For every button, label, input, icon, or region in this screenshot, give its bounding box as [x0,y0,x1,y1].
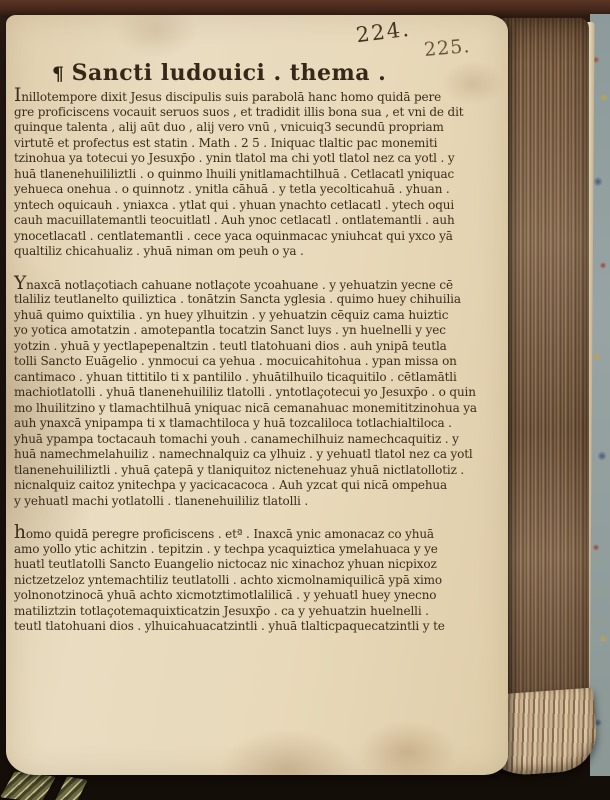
manuscript-line: huatl teutlatolli Sancto Euangelio nicto… [14,557,500,573]
manuscript-line: yo yotica amotatzin . amotepantla tocatz… [14,323,500,339]
manuscript-line: ynocetlacatl . centlatemantli . cece yac… [14,229,500,245]
manuscript-line: Ynaxcā notlaçotiach cahuane notlaçote yc… [14,277,500,293]
manuscript-line: huā tlanenehuililiztli . o quinmo lhuili… [14,167,500,183]
manuscript-text-block: Inillotempore dixit Jesus discipulis sui… [14,89,500,635]
manuscript-line: yehueca onehua . o quinnotz . ynitla cāh… [14,182,500,198]
exordium-paragraph: Ynaxcā notlaçotiach cahuane notlaçote yc… [14,277,500,510]
book-fore-edge [501,18,589,766]
binding-tie-ribbon [54,776,87,800]
manuscript-line: cantimaco . yhuan tittitilo ti x pantili… [14,370,500,386]
latin-thema-paragraph: Inillotempore dixit Jesus discipulis sui… [14,89,500,260]
manuscript-line: yotzin . yhuā y yectlapepenaltzin . teut… [14,339,500,355]
binding-tie-ribbon [0,771,56,800]
manuscript-line: mo lhuilitzino y tlamachtilhuā yniquac n… [14,401,500,417]
section-heading: ¶Sancti ludouici . thema . [52,60,386,86]
section-heading-text: Sancti ludouici . thema . [72,60,387,86]
manuscript-line: machiotlatolli . yhuā tlanenehuililiz tl… [14,385,500,401]
manuscript-line: y yehuatl machi yotlatolli . tlanenehuil… [14,494,500,510]
folio-number-225: 225. [423,35,471,61]
manuscript-line: nicnalquiz caitoz ynitechpa y yacicacaco… [14,478,500,494]
manuscript-line: tzinohua ya totecui yo Jesuxp̄o . ynin t… [14,151,500,167]
manuscript-line: matiliztzin totlaçotemaquixticatzin Jesu… [14,604,500,620]
manuscript-line: yntech oquicauh . yniaxca . ytlat qui . … [14,198,500,214]
manuscript-line: qualtiliz chicahualiz . yhuā niman om pe… [14,244,500,260]
book-photo: 224. 225. ¶Sancti ludouici . thema . Ini… [0,0,610,800]
manuscript-line: gre proficiscens vocauit seruos suos , e… [14,105,500,121]
sermon-body-paragraph: homo quidā peregre proficiscens . etª . … [14,526,500,635]
manuscript-line: amo yollo ytic achitzin . tepitzin . y t… [14,542,500,558]
manuscript-line: Inillotempore dixit Jesus discipulis sui… [14,89,500,105]
manuscript-line: homo quidā peregre proficiscens . etª . … [14,526,500,542]
manuscript-line: cauh macuillatemantli teocuitlatl . Auh … [14,213,500,229]
manuscript-line: yhuā ypampa toctacauh tomachi youh . can… [14,432,500,448]
manuscript-line: tolli Sancto Euāgelio . ynmocui ca yehua… [14,354,500,370]
manuscript-line: virtutē et profectus est statin . Math .… [14,136,500,152]
manuscript-line: auh ynaxcā ynipampa ti x tlamachtiloca y… [14,416,500,432]
manuscript-line: huā namechmelahuiliz . namechnalquiz ca … [14,447,500,463]
manuscript-line: teutl tlatohuani dios . ylhuicahuacatzin… [14,619,500,635]
manuscript-line: tlaliliz teutlanelto quiliztica . tonātz… [14,292,500,308]
manuscript-line: yhuā quimo quixtilia . yn huey ylhuitzin… [14,308,500,324]
manuscript-line: nictzetzeloz yntemachtiliz teutlatolli .… [14,573,500,589]
manuscript-line: tlanenehuililiztli . yhuā çatepā y tlani… [14,463,500,479]
manuscript-line: quinque talenta , alij aūt duo , alij ve… [14,120,500,136]
capitulum-mark: ¶ [52,63,65,85]
manuscript-line: yolnonotzinocā yhuā achto xicmotztimotla… [14,588,500,604]
